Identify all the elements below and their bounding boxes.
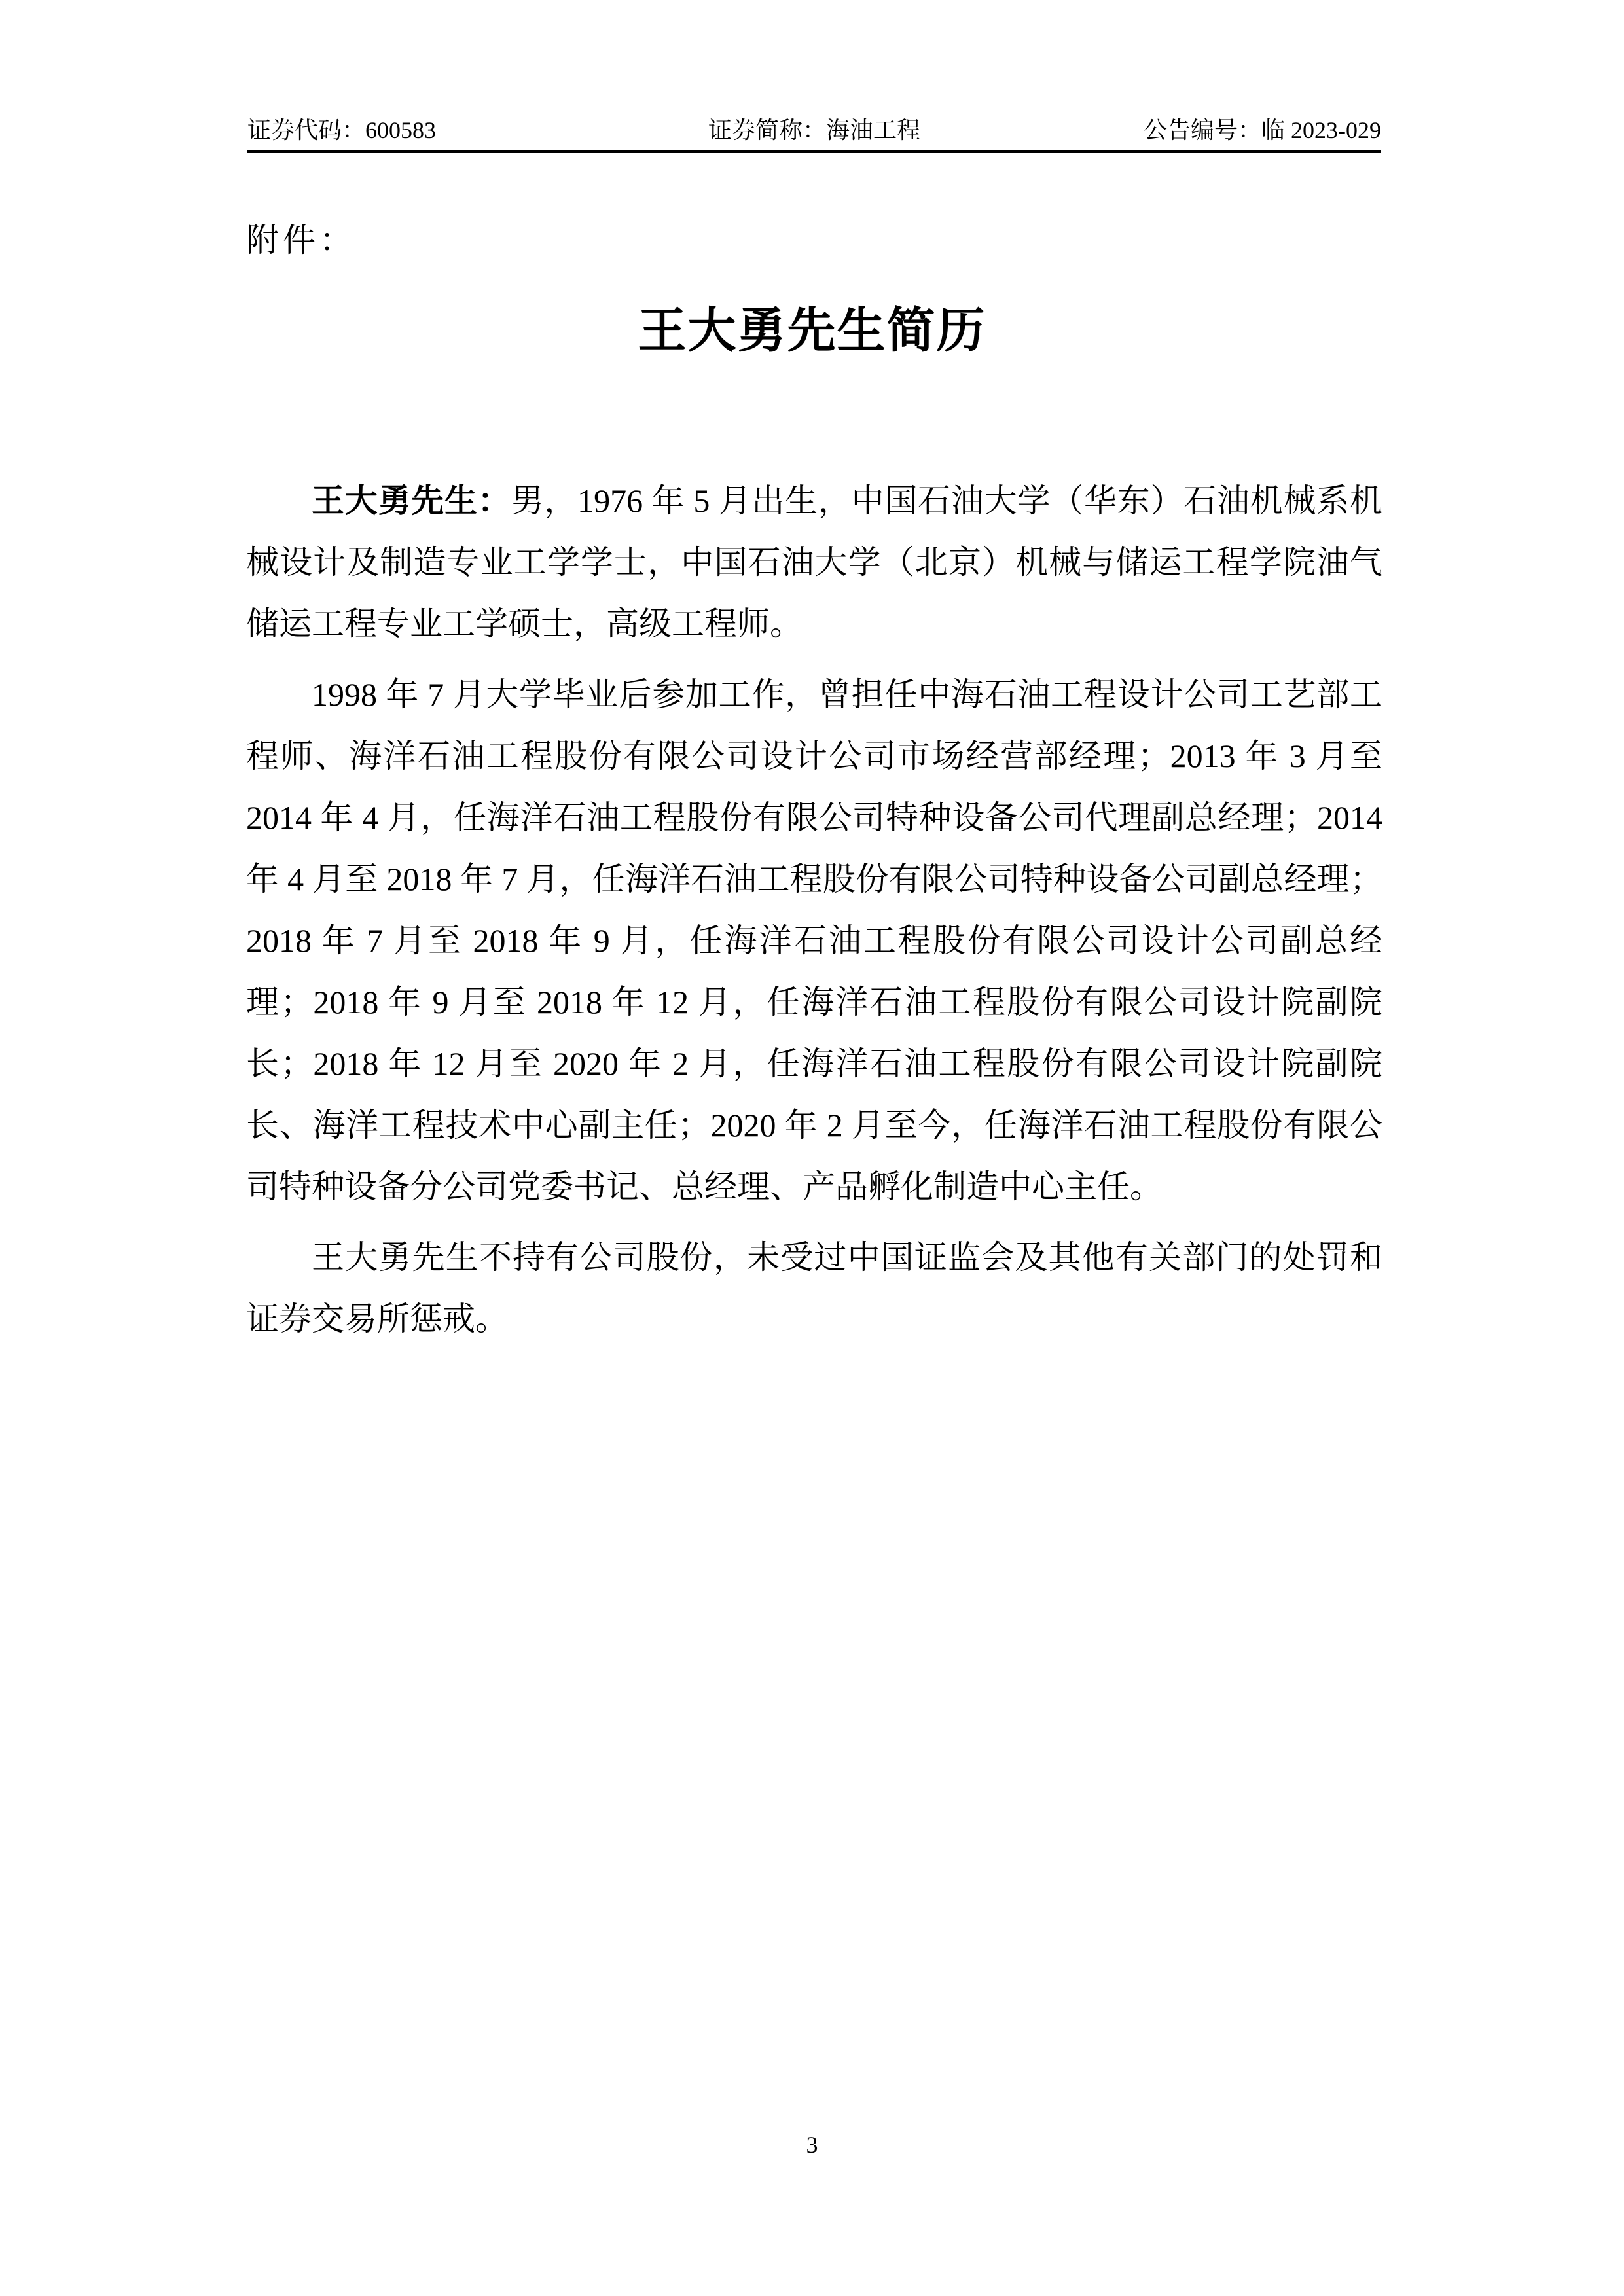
attachment-label: 附件： [246,217,356,263]
announcement-number: 公告编号：临 2023-029 [1144,110,1381,151]
header-divider [247,150,1381,153]
page-header: 证券代码：600583 证券简称：海油工程 公告编号：临 2023-029 [247,110,1381,151]
paragraph-profile: 王大勇先生：男，1976 年 5 月出生，中国石油大学（华东）石油机械系机械设计… [246,470,1382,655]
page-number: 3 [0,2128,1624,2161]
paragraph-disclosure: 王大勇先生不持有公司股份，未受过中国证监会及其他有关部门的处罚和证券交易所惩戒。 [246,1227,1382,1350]
resume-body: 王大勇先生：男，1976 年 5 月出生，中国石油大学（华东）石油机械系机械设计… [246,470,1382,1359]
document-title: 王大勇先生简历 [0,298,1624,363]
name-lead: 王大勇先生： [312,482,511,520]
paragraph-career: 1998 年 7 月大学毕业后参加工作，曾担任中海石油工程设计公司工艺部工程师、… [246,664,1382,1217]
